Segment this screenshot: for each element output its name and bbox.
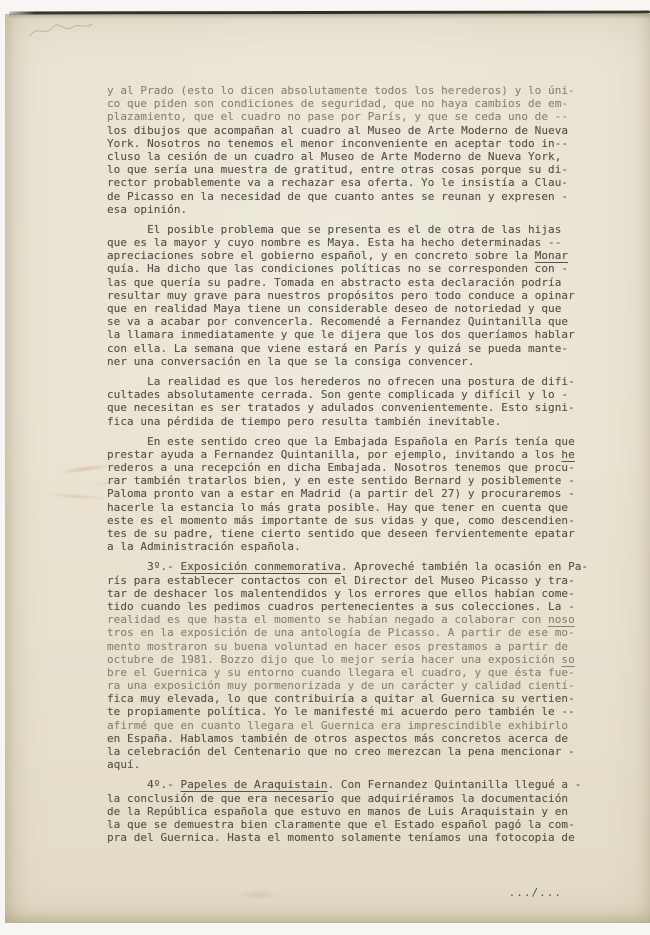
text-line: la conclusión de que era necesario que a… [107,792,581,805]
text-line: resultar muy grave para nuestros propósi… [107,289,581,302]
text-segment: tros en la exposición de una antología d… [107,626,575,639]
text-segment: rar también tratarlos bien, y en este se… [107,474,575,487]
text-line: cluso la cesión de un cuadro al Museo de… [107,150,581,163]
text-segment: fica muy elevada, lo que contribuiría a … [107,692,575,705]
text-segment: tido cuando les pedimos cuadros pertenec… [107,600,575,613]
text-line: pra del Guernica. Hasta el momento solam… [107,831,581,844]
text-line: ra una exposición muy pormenorizada y de… [107,679,581,692]
text-segment: noso [548,613,575,626]
text-line: lo que sería una muestra de gratitud, en… [107,163,581,176]
text-segment: tar de deshacer los malentendidos y los … [107,587,575,600]
text-segment: de Picasso en la necesidad de que cuanto… [107,190,568,203]
text-line: la llamara inmediatamente y que le dijer… [107,328,581,341]
text-line: que es la mayor y cuyo nombre es Maya. E… [107,236,581,249]
text-segment: realidad es que hasta el momento se habí… [107,613,548,626]
text-segment: En este sentido creo que la Embajada Esp… [107,435,575,448]
paper-top-edge-shadow [9,14,650,19]
text-line: en España. Hablamos también de otros asp… [107,732,581,745]
text-line: La realidad es que los herederos no ofre… [107,375,581,388]
text-line: bre el Guernica y su entorno cuando lleg… [107,666,581,679]
text-segment: . Aproveché también la ocasión en Pa- [341,560,588,573]
text-segment: octubre de 1981. Bozzo dijo que lo mejor… [107,653,561,666]
text-segment: Paloma pronto van a estar en Madrid (a p… [107,487,575,500]
text-segment: rís para establecer contactos con el Dir… [107,574,575,587]
text-segment: he [561,448,574,461]
text-segment: a la Administración española. [107,540,301,553]
text-segment: hacerle la estancia lo más grata posible… [107,501,568,514]
text-segment: 4º.- [107,778,181,791]
pencil-mark [26,15,96,45]
text-line: fica una pérdida de tiempo pero resulta … [107,415,581,428]
text-segment: afirmé que en cuanto llegara el Guernica… [107,719,568,732]
text-line: aquí. [107,758,581,771]
text-segment: rector probablemente va a rechazar esa o… [107,176,568,189]
text-segment: la que se demuestra bien claramente que … [107,818,575,831]
text-line: 3º.- Exposición conmemorativa. Aproveché… [107,560,581,573]
text-line: En este sentido creo que la Embajada Esp… [107,435,581,448]
text-segment: en España. Hablamos también de otros asp… [107,732,568,745]
text-segment: plazamiento, que el cuadro no pase por P… [107,110,568,123]
text-line: mento mostraron su buena voluntad en hac… [107,640,581,653]
text-segment: quía. Ha dicho que las condiciones polít… [107,262,568,275]
text-line: la que se demuestra bien claramente que … [107,818,581,831]
text-segment: aquí. [107,758,140,771]
text-line: esa opinión. [107,203,581,216]
text-segment: este es el momento más importante de sus… [107,514,575,527]
text-line: prestar ayuda a Fernandez Quintanilla, p… [107,448,581,461]
text-segment: co que piden son condiciones de segurida… [107,97,568,110]
text-segment: El posible problema que se presenta es e… [107,223,561,236]
text-segment: bre el Guernica y su entorno cuando lleg… [107,666,575,679]
text-line: rís para establecer contactos con el Dir… [107,574,581,587]
text-line: hacerle la estancia lo más grata posible… [107,501,581,514]
text-segment: se va a acabar por convencerla. Recomend… [107,315,568,328]
paragraph: 4º.- Papeles de Araquistain. Con Fernand… [107,778,581,844]
paragraph: La realidad es que los herederos no ofre… [107,375,581,428]
text-line: realidad es que hasta el momento se habí… [107,613,581,626]
text-segment: tes de su padre, tiene cierto sentido qu… [107,527,575,540]
text-line: fica muy elevada, lo que contribuiría a … [107,692,581,705]
text-segment: las que quería su padre. Tomada en abstr… [107,276,561,289]
text-segment: que necesitan es ser tratados y adulados… [107,401,575,414]
text-segment: York. Nosotros no tenemos el menor incon… [107,137,568,150]
text-segment: resultar muy grave para nuestros propósi… [107,289,575,302]
text-segment: la celebración del Centenario que no cre… [107,745,575,758]
text-line: octubre de 1981. Bozzo dijo que lo mejor… [107,653,581,666]
text-segment: de la República española que estuvo en m… [107,805,568,818]
text-segment: ner una conversación en la que se la con… [107,355,475,368]
text-segment: la conclusión de que era necesario que a… [107,792,568,805]
text-line: tar de deshacer los malentendidos y los … [107,587,581,600]
text-segment: y al Prado (esto lo dicen absolutamente … [107,84,575,97]
text-segment: te propiamente política. Yo le manifesté… [107,705,575,718]
text-line: tros en la exposición de una antología d… [107,626,581,639]
paragraph: 3º.- Exposición conmemorativa. Aproveché… [107,560,581,771]
text-segment: esa opinión. [107,203,187,216]
text-line: a la Administración española. [107,540,581,553]
text-line: de Picasso en la necesidad de que cuanto… [107,190,581,203]
text-line: York. Nosotros no tenemos el menor incon… [107,137,581,150]
text-segment: los dibujos que acompañan al cuadro al M… [107,124,568,137]
text-line: quía. Ha dicho que las condiciones polít… [107,262,581,275]
text-segment: lo que sería una muestra de gratitud, en… [107,163,568,176]
text-line: tido cuando les pedimos cuadros pertenec… [107,600,581,613]
text-segment: La realidad es que los herederos no ofre… [107,375,575,388]
text-segment: ra una exposición muy pormenorizada y de… [107,679,575,692]
text-segment: fica una pérdida de tiempo pero resulta … [107,415,501,428]
text-segment: pra del Guernica. Hasta el momento solam… [107,831,575,844]
text-segment: cluso la cesión de un cuadro al Museo de… [107,150,561,163]
text-line: y al Prado (esto lo dicen absolutamente … [107,84,581,97]
continuation-mark: .../... [107,886,562,899]
text-segment: so [561,653,574,666]
text-segment: 3º.- [107,560,181,573]
text-line: se va a acabar por convencerla. Recomend… [107,315,581,328]
text-line: te propiamente política. Yo le manifesté… [107,705,581,718]
text-segment: cultades absolutamente cerrada. Son gent… [107,388,568,401]
text-line: los dibujos que acompañan al cuadro al M… [107,124,581,137]
text-segment: la llamara inmediatamente y que le dijer… [107,328,575,341]
text-line: rar también tratarlos bien, y en este se… [107,474,581,487]
text-line: ner una conversación en la que se la con… [107,355,581,368]
text-line: Paloma pronto van a estar en Madrid (a p… [107,487,581,500]
paragraph: El posible problema que se presenta es e… [107,223,581,368]
text-segment: Papeles de Araquistain [181,778,328,791]
text-line: El posible problema que se presenta es e… [107,223,581,236]
text-segment: que en realidad Maya tiene un considerab… [107,302,561,315]
text-line: rector probablemente va a rechazar esa o… [107,176,581,189]
text-line: este es el momento más importante de sus… [107,514,581,527]
text-line: apreciaciones sobre el gobierno español,… [107,249,581,262]
text-line: de la República española que estuvo en m… [107,805,581,818]
text-line: tes de su padre, tiene cierto sentido qu… [107,527,581,540]
text-segment: Monar [535,249,568,262]
text-segment: prestar ayuda a Fernandez Quintanilla, p… [107,448,561,461]
text-line: la celebración del Centenario que no cre… [107,745,581,758]
text-line: que necesitan es ser tratados y adulados… [107,401,581,414]
text-line: 4º.- Papeles de Araquistain. Con Fernand… [107,778,581,791]
text-segment: Exposición conmemorativa [181,560,341,573]
text-line: co que piden son condiciones de segurida… [107,97,581,110]
paragraph: y al Prado (esto lo dicen absolutamente … [107,84,581,216]
text-line: rederos a una recepción en dicha Embajad… [107,461,581,474]
document-body: y al Prado (esto lo dicen absolutamente … [107,84,581,851]
text-line: plazamiento, que el cuadro no pase por P… [107,110,581,123]
text-segment: con ella. La semana que viene estará en … [107,342,568,355]
text-line: con ella. La semana que viene estará en … [107,342,581,355]
text-line: las que quería su padre. Tomada en abstr… [107,276,581,289]
text-line: cultades absolutamente cerrada. Son gent… [107,388,581,401]
text-line: afirmé que en cuanto llegara el Guernica… [107,719,581,732]
text-segment: . Con Fernandez Quintanilla llegué a - [328,778,582,791]
text-segment: mento mostraron su buena voluntad en hac… [107,640,568,653]
text-segment: rederos a una recepción en dicha Embajad… [107,461,575,474]
text-segment: que es la mayor y cuyo nombre es Maya. E… [107,236,561,249]
paragraph: En este sentido creo que la Embajada Esp… [107,435,581,554]
text-segment: apreciaciones sobre el gobierno español,… [107,249,535,262]
text-line: que en realidad Maya tiene un considerab… [107,302,581,315]
